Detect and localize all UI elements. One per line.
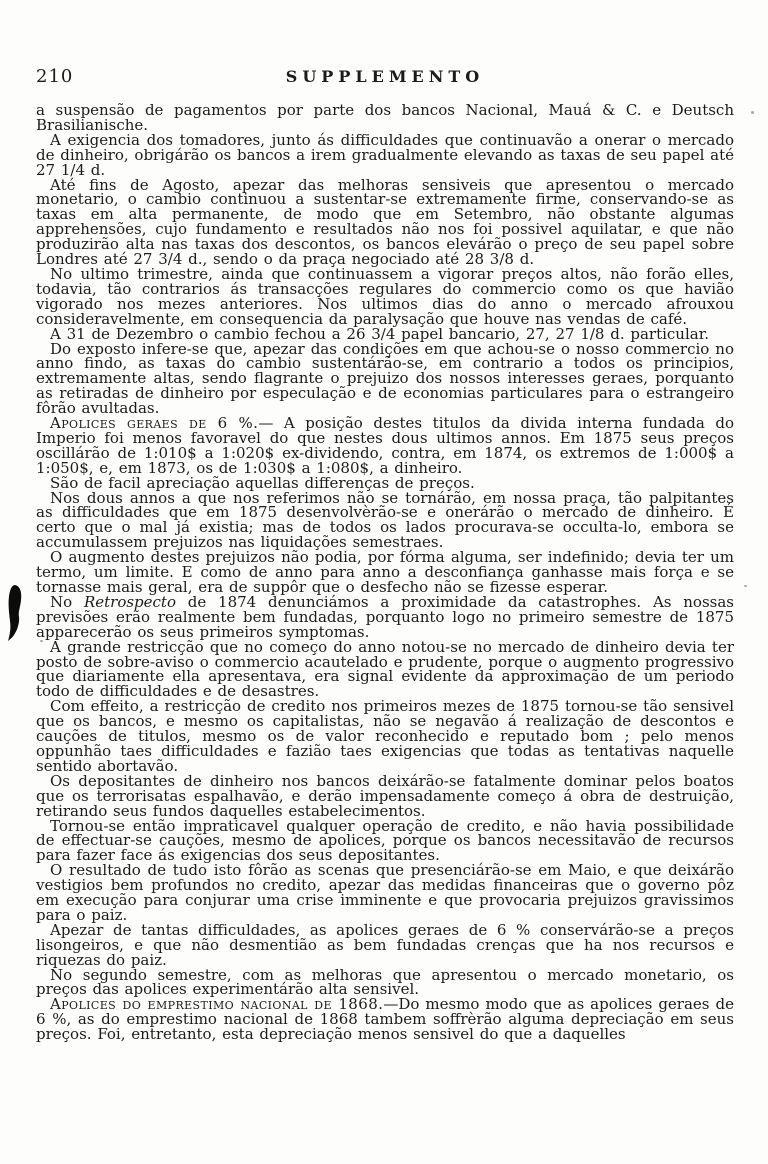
paragraph-segment-normal: Apezar de tantas difficuldades, as apoli…: [36, 921, 734, 969]
ink-blot: [6, 584, 24, 642]
page-body: a suspensão de pagamentos por parte dos …: [36, 103, 734, 1042]
scan-speck: [744, 585, 747, 587]
paragraph-segment-normal: Até fins de Agosto, apezar das melhoras …: [36, 176, 734, 269]
paragraph: Com effeito, a restricção de credito nos…: [36, 699, 734, 774]
paragraph: Apezar de tantas difficuldades, as apoli…: [36, 923, 734, 968]
paragraph-segment-normal: Os depositantes de dinheiro nos bancos d…: [36, 772, 734, 820]
page-title: SUPPLEMENTO: [286, 67, 484, 86]
paragraph: Os depositantes de dinheiro nos bancos d…: [36, 774, 734, 819]
page-number: 210: [36, 66, 73, 87]
paragraph: O resultado de tudo isto fôrão as scenas…: [36, 863, 734, 923]
paragraph-segment-normal: No ultimo trimestre, ainda que continuas…: [36, 265, 734, 328]
paragraph-segment-normal: No segundo semestre, com as melhoras que…: [36, 966, 734, 999]
paragraph-segment-normal: a suspensão de pagamentos por parte dos …: [36, 101, 734, 134]
document-page: 210 SUPPLEMENTO a suspensão de pagamento…: [0, 0, 768, 1164]
paragraph-segment-normal: A grande restricção que no começo do ann…: [36, 638, 734, 701]
paragraph: No segundo semestre, com as melhoras que…: [36, 968, 734, 998]
paragraph: Tornou-se então impraticavel qualquer op…: [36, 819, 734, 864]
paragraph: Do exposto infere-se que, apezar das con…: [36, 342, 734, 417]
paragraph: No Retrospecto de 1874 denunciámos a pro…: [36, 595, 734, 640]
paragraph: No ultimo trimestre, ainda que continuas…: [36, 267, 734, 327]
paragraph-segment-normal: Do exposto infere-se que, apezar das con…: [36, 340, 734, 418]
paragraph: Apolices do emprestimo nacional de 1868.…: [36, 997, 734, 1042]
paragraph-segment-normal: Nos dous annos a que nos referimos não s…: [36, 489, 734, 552]
paragraph-segment-normal: Com effeito, a restricção de credito nos…: [36, 697, 734, 775]
scan-speck: [40, 640, 43, 642]
paragraph: Nos dous annos a que nos referimos não s…: [36, 491, 734, 551]
paragraph-segment-normal: O resultado de tudo isto fôrão as scenas…: [36, 861, 734, 924]
paragraph-segment-normal: O augmento destes prejuizos não podia, p…: [36, 548, 734, 596]
paragraph: A exigencia dos tomadores, junto ás diff…: [36, 133, 734, 178]
paragraph-segment-normal: Tornou-se então impraticavel qualquer op…: [36, 817, 734, 865]
paragraph-segment-normal: A exigencia dos tomadores, junto ás diff…: [36, 131, 734, 179]
paragraph: Até fins de Agosto, apezar das melhoras …: [36, 178, 734, 267]
scan-speck: [751, 111, 754, 114]
paragraph: O augmento destes prejuizos não podia, p…: [36, 550, 734, 595]
paragraph: a suspensão de pagamentos por parte dos …: [36, 103, 734, 133]
paragraph: A grande restricção que no começo do ann…: [36, 640, 734, 700]
page-header: 210 SUPPLEMENTO: [36, 66, 734, 87]
paragraph: Apolices geraes de 6 %.— A posição deste…: [36, 416, 734, 476]
